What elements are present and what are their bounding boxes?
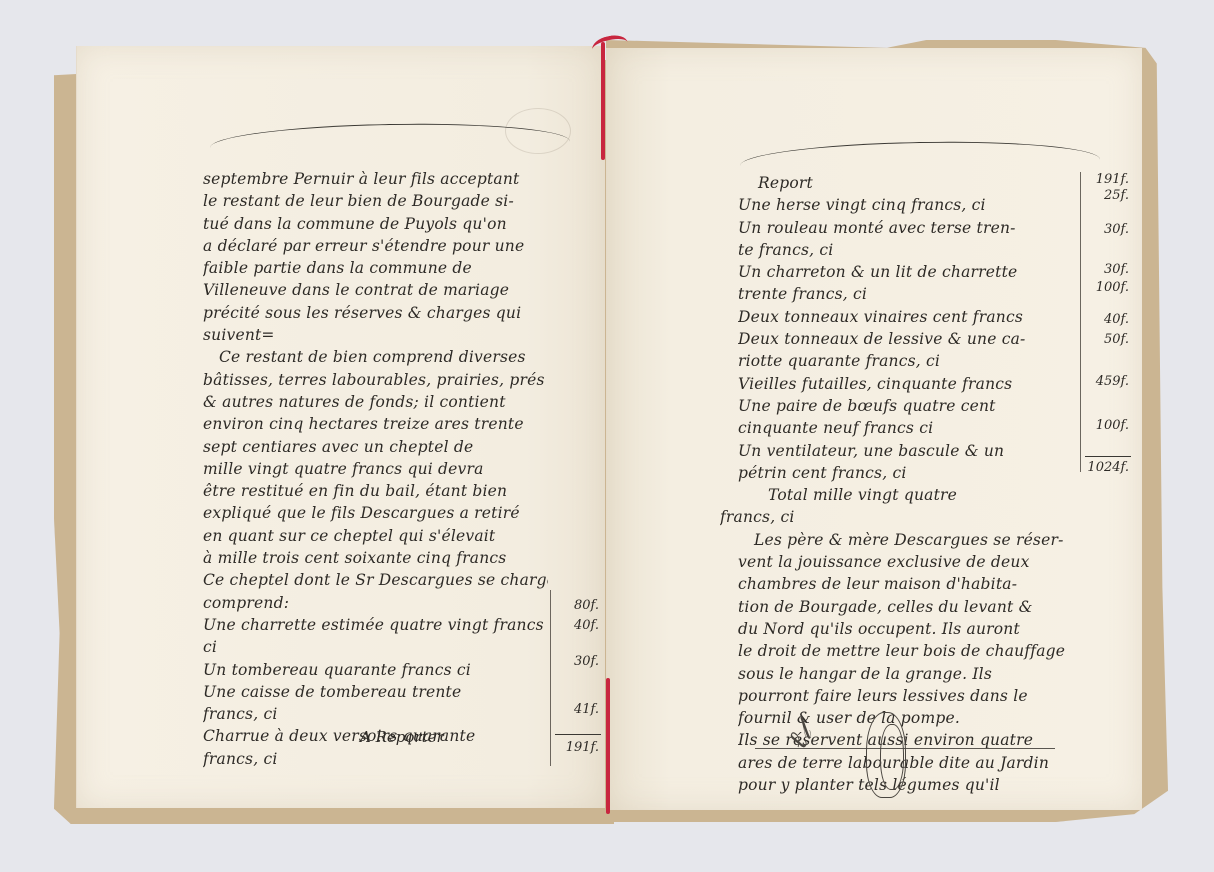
amount-value: 100f. xyxy=(1096,280,1129,295)
carry-total: 191f. xyxy=(566,740,599,755)
amount-value: 80f. xyxy=(574,598,599,613)
text-line: suivent= xyxy=(203,324,548,346)
text-line: Vieilles futailles, cinquante francs xyxy=(738,373,1078,395)
text-line: riotte quarante francs, ci xyxy=(738,350,1078,372)
carry-forward-label: A Reporter xyxy=(360,728,444,746)
text-line: comprend: xyxy=(203,592,548,614)
text-line: pétrin cent francs, ci xyxy=(738,462,1078,484)
text-line: vent la jouissance exclusive de deux xyxy=(738,551,1078,573)
amount-value: 30f. xyxy=(1104,262,1129,277)
text-line: trente francs, ci xyxy=(738,283,1078,305)
text-line: Les père & mère Descargues se réser- xyxy=(738,529,1078,551)
amount-value: 30f. xyxy=(574,654,599,669)
text-line: précité sous les réserves & charges qui xyxy=(203,302,548,324)
amount-value: 191f. xyxy=(1096,172,1129,187)
text-line: du Nord qu'ils occupent. Ils auront xyxy=(738,618,1078,640)
text-line: septembre Pernuir à leur fils acceptant xyxy=(203,168,548,190)
text-line: & autres natures de fonds; il contient xyxy=(203,391,548,413)
text-line: francs, ci xyxy=(203,748,548,770)
text-line: Deux tonneaux vinaires cent francs xyxy=(738,306,1078,328)
text-line: Une caisse de tombereau trente xyxy=(203,681,548,703)
text-line: tion de Bourgade, celles du levant & xyxy=(738,596,1078,618)
amount-value: 25f. xyxy=(1104,188,1129,203)
text-line: francs, ci xyxy=(720,506,1078,528)
text-line: ares de terre labourable dite au Jardin xyxy=(738,752,1078,774)
amount-value: 40f. xyxy=(1104,312,1129,327)
binding-thread-bottom xyxy=(606,678,610,814)
text-line: Total mille vingt quatre xyxy=(738,484,1078,506)
text-line: te francs, ci xyxy=(738,239,1078,261)
text-line: Un ventilateur, une bascule & un xyxy=(738,440,1078,462)
text-line: Une herse vingt cinq francs, ci xyxy=(738,194,1078,216)
text-line: Un rouleau monté avec terse tren- xyxy=(738,217,1078,239)
text-line: chambres de leur maison d'habita- xyxy=(738,573,1078,595)
text-line: expliqué que le fils Descargues a retiré xyxy=(203,502,548,524)
text-line: cinquante neuf francs ci xyxy=(738,417,1078,439)
text-line: pourront faire leurs lessives dans le xyxy=(738,685,1078,707)
amount-value: 50f. xyxy=(1104,332,1129,347)
text-line: le droit de mettre leur bois de chauffag… xyxy=(738,640,1078,662)
text-line: sept centiares avec un cheptel de xyxy=(203,436,548,458)
text-line: à mille trois cent soixante cinq francs xyxy=(203,547,548,569)
text-line: Un charreton & un lit de charrette xyxy=(738,261,1078,283)
text-line: bâtisses, terres labourables, prairies, … xyxy=(203,369,548,391)
text-line: ci xyxy=(203,636,548,658)
text-line: en quant sur ce cheptel qui s'élevait xyxy=(203,525,548,547)
binding-thread-top xyxy=(601,42,605,160)
amount-value: 459f. xyxy=(1096,374,1129,389)
text-line: Deux tonneaux de lessive & une ca- xyxy=(738,328,1078,350)
text-line: sous le hangar de la grange. Ils xyxy=(738,663,1078,685)
amount-value: 30f. xyxy=(1104,222,1129,237)
amount-value: 41f. xyxy=(574,702,599,717)
text-line: Ce restant de bien comprend diverses xyxy=(203,346,548,368)
right-page-text: Report Une herse vingt cinq francs, ci U… xyxy=(738,172,1078,796)
left-amounts-column: 80f. 40f. 30f. 41f. 191f. xyxy=(550,590,603,766)
text-line: être restitué en fin du bail, étant bien xyxy=(203,480,548,502)
text-line: a déclaré par erreur s'étendre pour une xyxy=(203,235,548,257)
text-line: pour y planter tels légumes qu'il xyxy=(738,774,1078,796)
text-line: Report xyxy=(738,172,1078,194)
text-line: Une paire de bœufs quatre cent xyxy=(738,395,1078,417)
text-line: mille vingt quatre francs qui devra xyxy=(203,458,548,480)
text-line: francs, ci xyxy=(203,703,548,725)
text-line: environ cinq hectares treize ares trente xyxy=(203,413,548,435)
text-line: le restant de leur bien de Bourgade si- xyxy=(203,190,548,212)
amount-value: 40f. xyxy=(574,618,599,633)
left-page-text: septembre Pernuir à leur fils acceptant … xyxy=(203,168,548,770)
text-line: tué dans la commune de Puyols qu'on xyxy=(203,213,548,235)
signature-2-paraph-inner xyxy=(880,724,904,790)
text-line: Ce cheptel dont le Sr Descargues se char… xyxy=(203,569,548,591)
right-amounts-column: 191f. 25f. 30f. 30f. 100f. 40f. 50f. 459… xyxy=(1080,172,1133,472)
amount-value: 100f. xyxy=(1096,418,1129,433)
text-line: faible partie dans la commune de xyxy=(203,257,548,279)
subtotal-rule xyxy=(555,734,601,735)
total-rule xyxy=(1085,456,1131,457)
text-line: Villeneuve dans le contrat de mariage xyxy=(203,279,548,301)
text-line: Une charrette estimée quatre vingt franc… xyxy=(203,614,548,636)
text-line: Un tombereau quarante francs ci xyxy=(203,659,548,681)
grand-total: 1024f. xyxy=(1087,460,1129,475)
